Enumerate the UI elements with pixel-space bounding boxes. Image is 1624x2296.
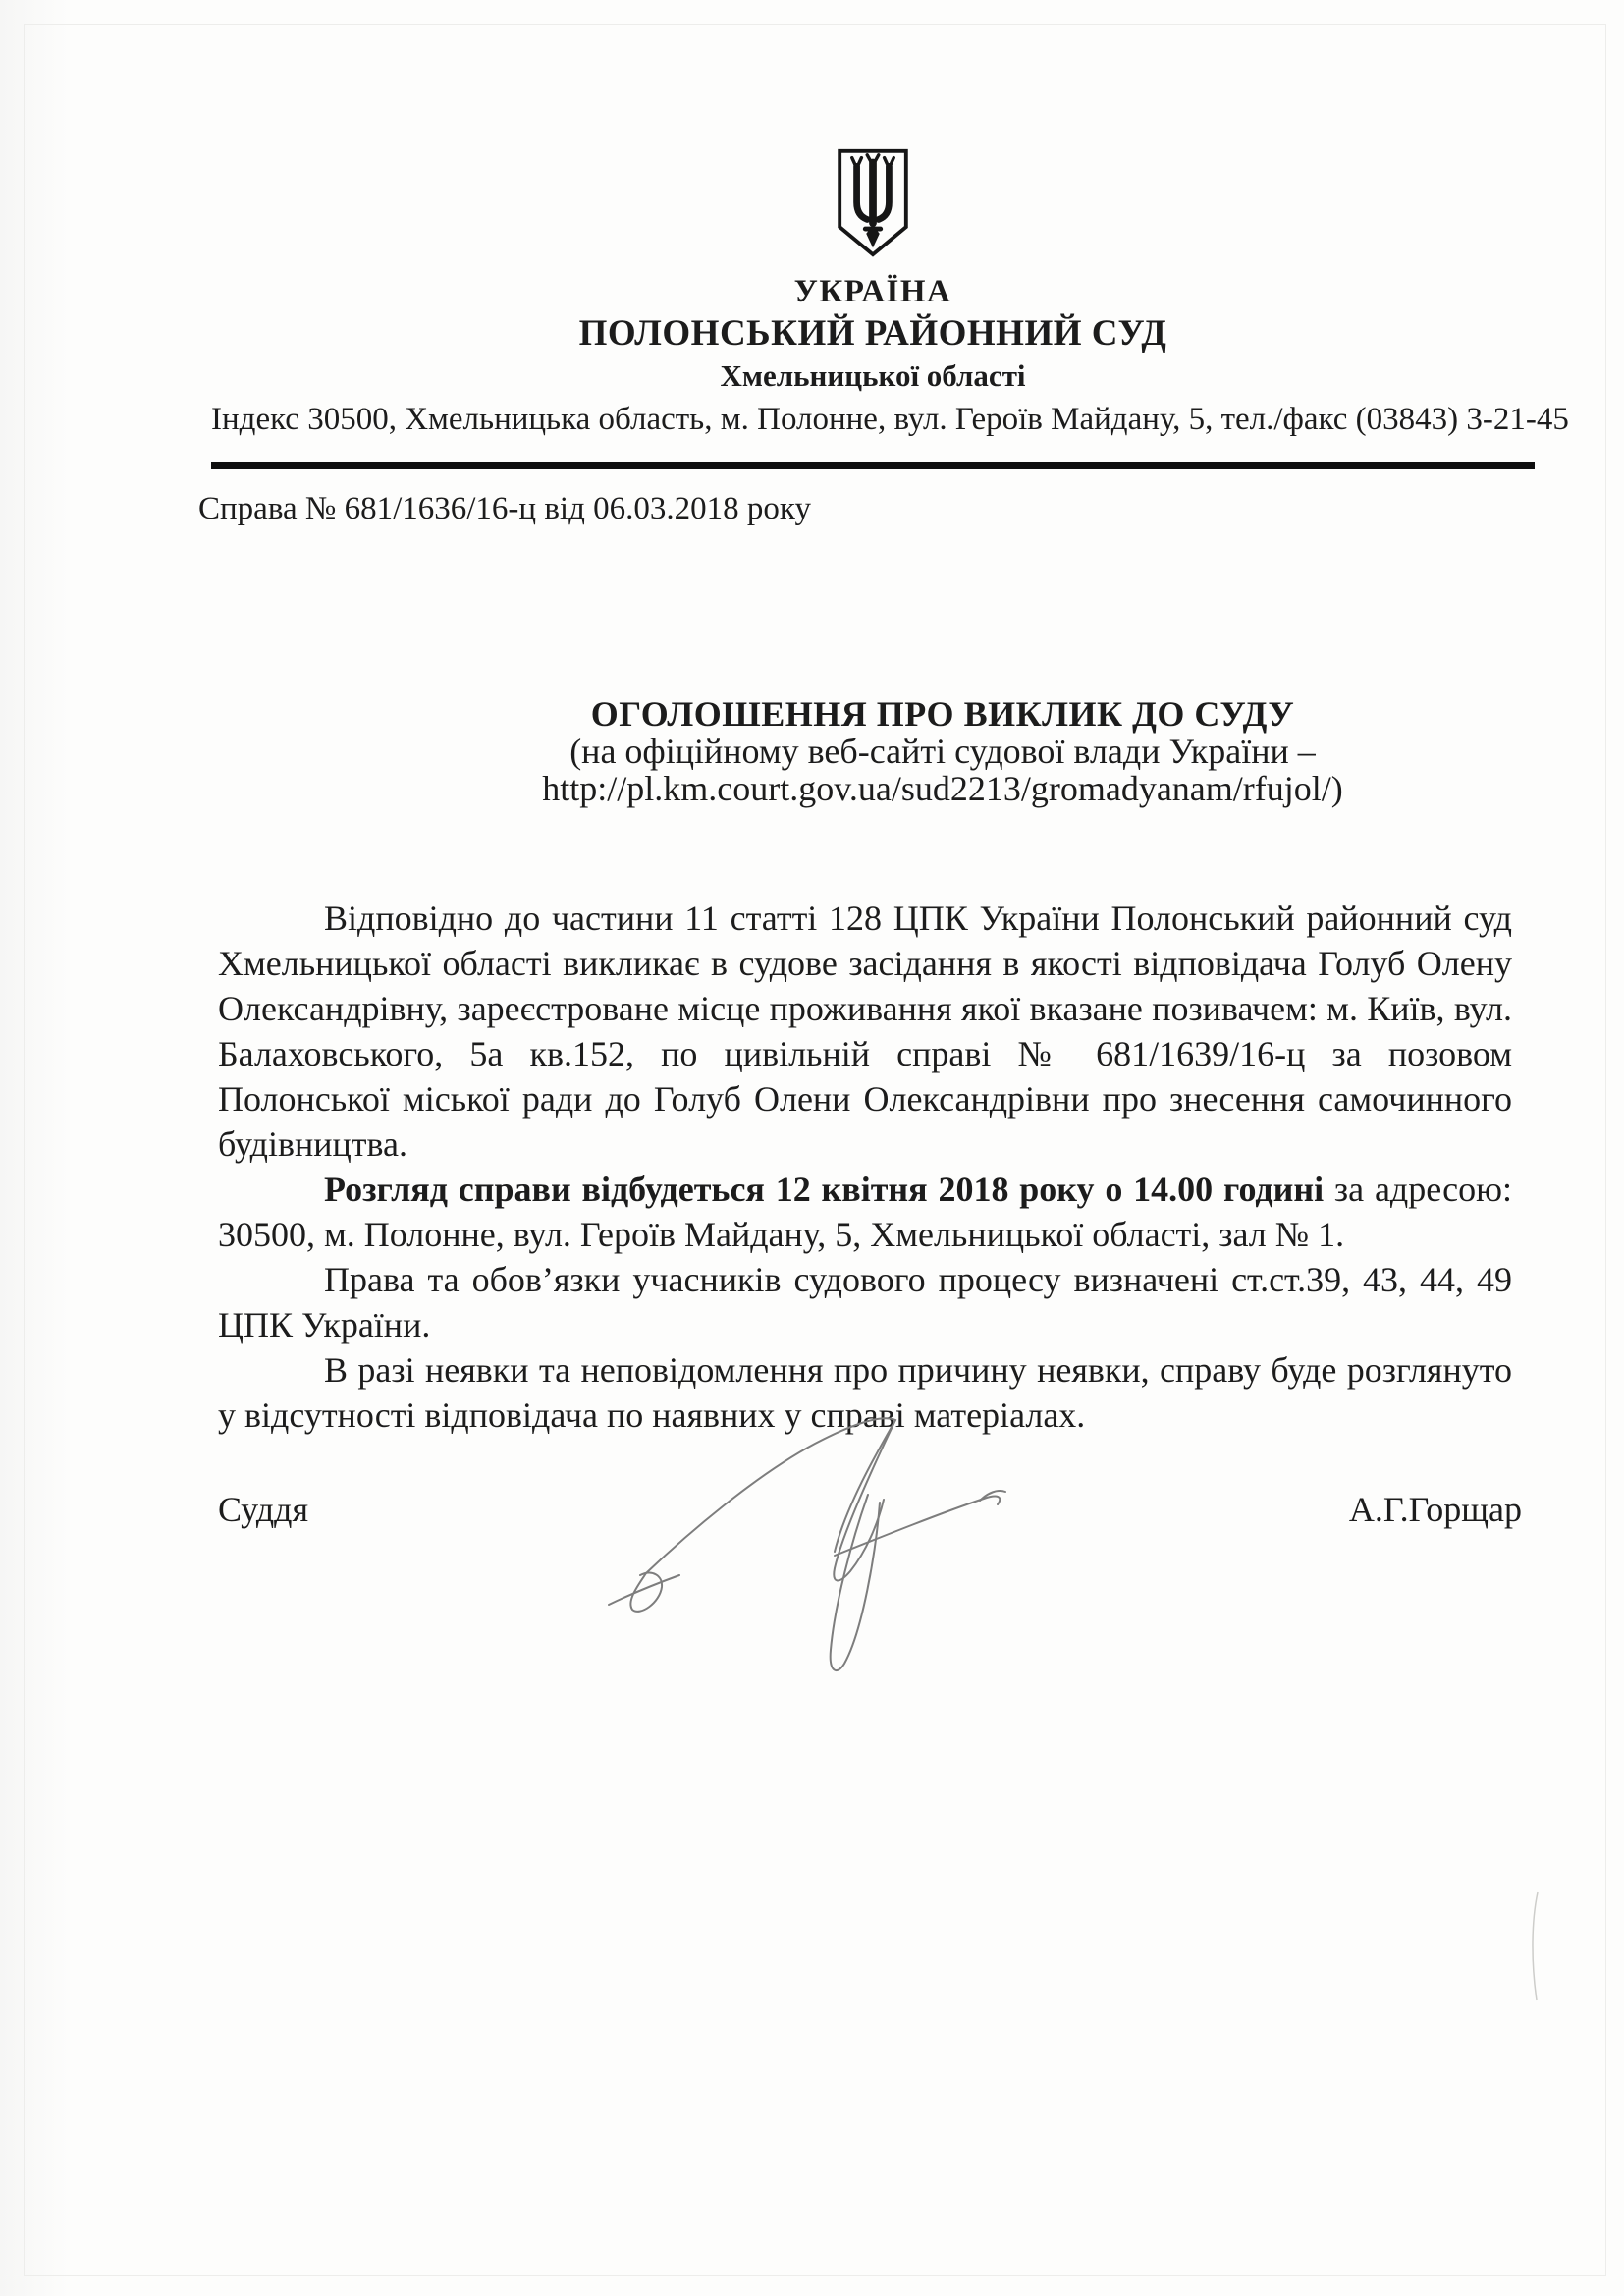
announcement-url-line: http://pl.km.court.gov.ua/sud2213/gromad… [373,770,1512,807]
court-name: ПОЛОНСЬКИЙ РАЙОННИЙ СУД [211,312,1535,355]
paragraph-hearing-date: Розгляд справи відбудеться 12 квітня 201… [218,1167,1512,1257]
hearing-date-bold: Розгляд справи відбудеться 12 квітня 201… [324,1170,1324,1209]
announcement-title: ОГОЛОШЕННЯ ПРО ВИКЛИК ДО СУДУ [373,695,1512,733]
paragraph-rights: Права та обов’язки учасників судового пр… [218,1257,1512,1347]
case-number-line: Справа № 681/1636/16-ц від 06.03.2018 ро… [198,491,811,527]
signature-role-label: Суддя [218,1489,308,1530]
letterhead: УКРАЇНА ПОЛОНСЬКИЙ РАЙОННИЙ СУД Хмельниц… [211,147,1535,469]
scan-artifact-mark [1530,1890,1542,2003]
judge-name: А.Г.Горщар [1349,1489,1522,1530]
scanned-court-document: УКРАЇНА ПОЛОНСЬКИЙ РАЙОННИЙ СУД Хмельниц… [0,0,1624,2296]
court-address-line: Індекс 30500, Хмельницька область, м. По… [211,402,1535,438]
ukraine-trident-emblem-icon [832,147,914,259]
announcement-title-block: ОГОЛОШЕННЯ ПРО ВИКЛИК ДО СУДУ (на офіцій… [373,695,1512,807]
announcement-subtitle-line1: (на офіційному веб-сайті судової влади У… [373,733,1512,770]
country-name: УКРАЇНА [211,274,1535,310]
handwritten-signature [589,1396,1021,1691]
court-region: Хмельницької області [211,358,1535,394]
letterhead-divider [211,462,1535,469]
document-body: Відповідно до частини 11 статті 128 ЦПК … [218,896,1512,1438]
paragraph-summons: Відповідно до частини 11 статті 128 ЦПК … [218,896,1512,1167]
